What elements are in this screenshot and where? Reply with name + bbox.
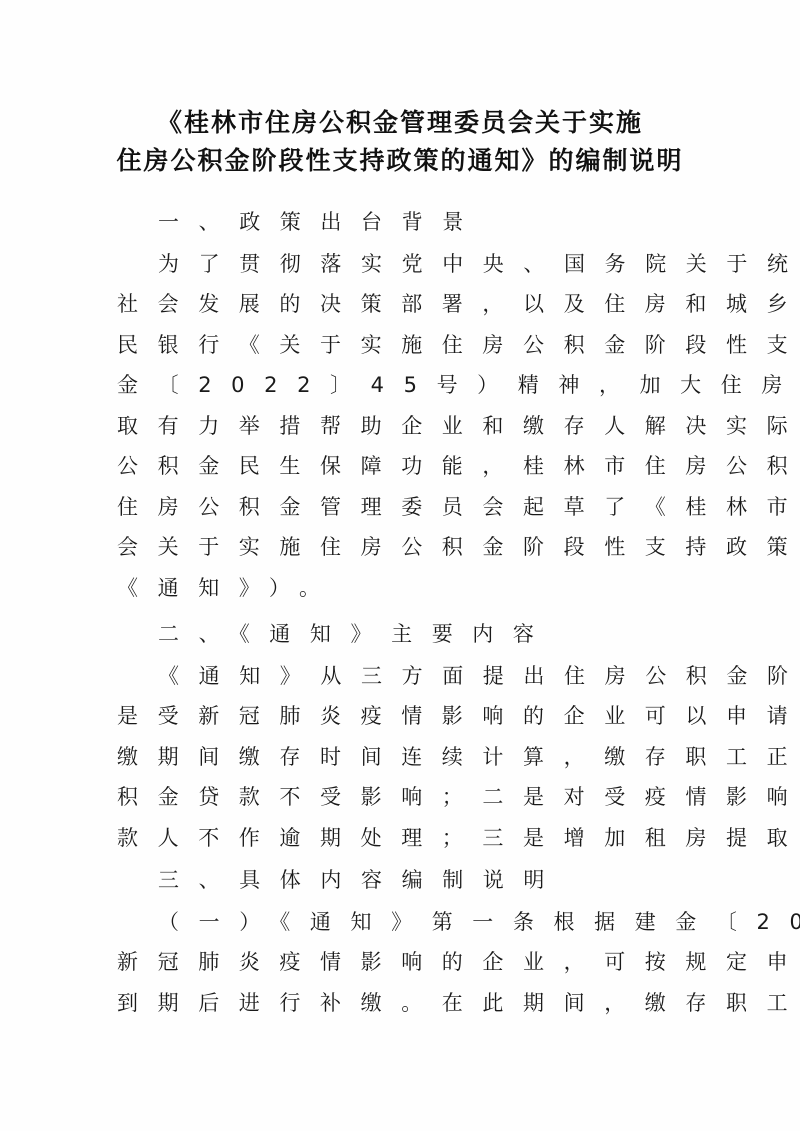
- section-2-line-2: 是受新冠肺炎疫情影响的企业可以申请缓缴住房公积金，缓: [117, 702, 697, 730]
- section-2-line-3: 缴期间缴存时间连续计算，缴存职工正常提取和申请住房公: [117, 743, 697, 771]
- section-1-line-3: 民银行《关于实施住房公积金阶段性支持政策的通知》（建: [117, 331, 697, 359]
- section-1-line-9: 《通知》）。: [117, 574, 697, 602]
- section-1-line-6: 公积金民生保障功能，桂林市住房公积金管理中心代桂林市: [117, 452, 697, 480]
- section-3-heading: 三、具体内容编制说明: [158, 866, 738, 894]
- section-2-line-4: 积金贷款不受影响；二是对受疫情影响的住房公积金贷款借: [117, 783, 697, 811]
- section-1-line-7: 住房公积金管理委员会起草了《桂林市住房公积金管理委员: [117, 493, 697, 521]
- document-page: 《桂林市住房公积金管理委员会关于实施 住房公积金阶段性支持政策的通知》的编制说明…: [0, 0, 800, 1131]
- section-1-line-2: 社会发展的决策部署，以及住房和城乡建设部、财政部、人: [117, 290, 697, 318]
- section-1-line-8: 会关于实施住房公积金阶段性支持政策的通知》（以下简称: [117, 533, 697, 561]
- section-1-line-5: 取有力举措帮助企业和缴存人解决实际困难，切实发挥住房: [117, 412, 697, 440]
- section-1-heading: 一、政策出台背景: [158, 208, 738, 236]
- document-title-line-1: 《桂林市住房公积金管理委员会关于实施: [0, 108, 800, 138]
- section-1-line-4: 金〔2022〕45号）精神，加大住房公积金助企纾困力度，采: [117, 371, 697, 399]
- document-title-line-2: 住房公积金阶段性支持政策的通知》的编制说明: [0, 146, 800, 176]
- section-1-line-1: 为了贯彻落实党中央、国务院关于统筹疫情防控和经济: [158, 250, 738, 278]
- section-2-heading: 二、《通知》主要内容: [158, 620, 738, 648]
- section-3-line-2: 新冠肺炎疫情影响的企业，可按规定申请缓缴住房公积金，: [117, 948, 697, 976]
- section-2-line-5: 款人不作逾期处理；三是增加租房提取的频次。: [117, 824, 697, 852]
- section-3-line-1: （一）《通知》第一条根据建金〔2022〕45号“一、受: [158, 908, 738, 936]
- section-3-line-3: 到期后进行补缴。在此期间，缴存职工正常提取和申请住房: [117, 989, 697, 1017]
- section-2-line-1: 《通知》从三方面提出住房公积金阶段性支持政策：一: [158, 662, 738, 690]
